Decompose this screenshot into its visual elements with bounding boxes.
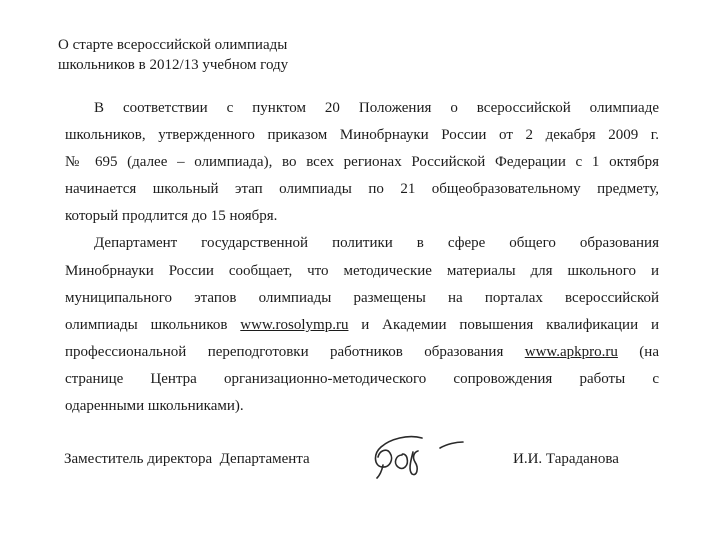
line-text: олимпиады школьников <box>65 317 240 333</box>
line-text: № 695 (далее – олимпиада), во всех регио… <box>65 154 659 170</box>
line-text: Департамент государственной политики в с… <box>94 235 659 251</box>
line-text: профессиональной переподготовки работник… <box>65 344 525 360</box>
letter-subject: О старте всероссийской олимпиады школьни… <box>58 35 288 75</box>
line-text: который продлится до 15 ноября. <box>65 208 277 224</box>
line-text: одаренными школьниками). <box>65 398 244 414</box>
scanned-letter-page: О старте всероссийской олимпиады школьни… <box>0 0 720 540</box>
line-text: и Академии повышения квалификации и <box>348 317 659 333</box>
text-line: странице Центра организационно-методичес… <box>65 366 659 393</box>
line-text: странице Центра организационно-методичес… <box>65 371 659 387</box>
handwritten-signature-icon <box>368 429 470 483</box>
line-text: Минобрнауки России сообщает, что методич… <box>65 263 659 279</box>
url-text: www.apkpro.ru <box>525 344 618 360</box>
line-text: начинается школьный этап олимпиады по 21… <box>65 181 659 197</box>
text-line: начинается школьный этап олимпиады по 21… <box>65 176 659 203</box>
text-line: олимпиады школьников www.rosolymp.ru и А… <box>65 312 659 339</box>
signatory-title: Заместитель директора Департамента <box>64 451 310 468</box>
letter-subject-line-2: школьников в 2012/13 учебном году <box>58 55 288 75</box>
paragraph: В соответствии с пунктом 20 Положения о … <box>65 95 659 230</box>
line-text: В соответствии с пунктом 20 Положения о … <box>94 100 659 116</box>
signatory-name: И.И. Тараданова <box>513 451 619 468</box>
line-text: (на <box>618 344 659 360</box>
text-line: профессиональной переподготовки работник… <box>65 339 659 366</box>
letter-subject-line-1: О старте всероссийской олимпиады <box>58 35 288 55</box>
url-text: www.rosolymp.ru <box>240 317 348 333</box>
text-line: одаренными школьниками). <box>65 393 659 420</box>
text-line: который продлится до 15 ноября. <box>65 203 659 230</box>
line-text: школьников, утвержденного приказом Миноб… <box>65 127 659 143</box>
letter-body: В соответствии с пунктом 20 Положения о … <box>65 95 659 420</box>
line-text: муниципального этапов олимпиады размещен… <box>65 290 659 306</box>
paragraph: Департамент государственной политики в с… <box>65 230 659 420</box>
text-line: школьников, утвержденного приказом Миноб… <box>65 122 659 149</box>
text-line: муниципального этапов олимпиады размещен… <box>65 285 659 312</box>
text-line: № 695 (далее – олимпиада), во всех регио… <box>65 149 659 176</box>
text-line: Департамент государственной политики в с… <box>65 230 659 257</box>
text-line: В соответствии с пунктом 20 Положения о … <box>65 95 659 122</box>
text-line: Минобрнауки России сообщает, что методич… <box>65 258 659 285</box>
